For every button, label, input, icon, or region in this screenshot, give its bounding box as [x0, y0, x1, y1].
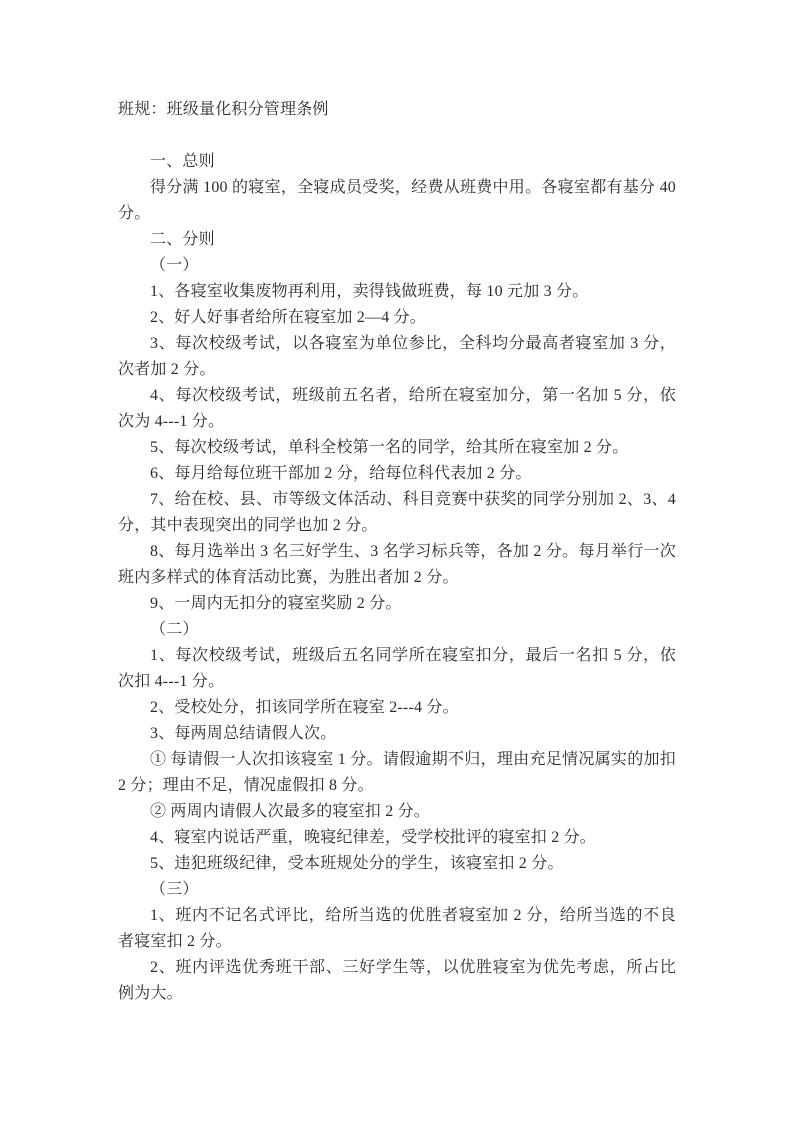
- rule-item: 8、每月选举出 3 名三好学生、3 名学习标兵等，各加 2 分。每月举行一次班内…: [118, 539, 676, 591]
- rule-item: 7、给在校、县、市等级文体活动、科目竞赛中获奖的同学分别加 2、3、4 分，其中…: [118, 487, 676, 539]
- rule-item: 3、每两周总结请假人次。: [118, 721, 676, 747]
- rule-item: 5、每次校级考试，单科全校第一名的同学，给其所在寝室加 2 分。: [118, 435, 676, 461]
- rule-item: 1、各寝室收集废物再利用，卖得钱做班费，每 10 元加 3 分。: [118, 279, 676, 305]
- rule-item: 1、班内不记名式评比，给所当选的优胜者寝室加 2 分，给所当选的不良者寝室扣 2…: [118, 903, 676, 955]
- rule-item: 2、好人好事者给所在寝室加 2—4 分。: [118, 305, 676, 331]
- rule-item: 3、每次校级考试，以各寝室为单位参比，全科均分最高者寝室加 3 分，次者加 2 …: [118, 331, 676, 383]
- rule-item: 4、每次校级考试，班级前五名者，给所在寝室加分，第一名加 5 分，依次为 4--…: [118, 383, 676, 435]
- blank-line: [118, 123, 676, 149]
- rule-item: 2、班内评选优秀班干部、三好学生等，以优胜寝室为优先考虑，所占比例为大。: [118, 955, 676, 1007]
- subsection-heading-3: （三）: [118, 877, 676, 903]
- document-body: 班规：班级量化积分管理条例 一、总则 得分满 100 的寝室，全寝成员受奖，经费…: [0, 0, 793, 1007]
- general-rule-paragraph: 得分满 100 的寝室，全寝成员受奖，经费从班费中用。各寝室都有基分 40 分。: [118, 175, 676, 227]
- sub-rule-item: ① 每请假一人次扣该寝室 1 分。请假逾期不归，理由充足情况属实的加扣 2 分；…: [118, 747, 676, 799]
- section-heading-detailed: 二、分则: [118, 227, 676, 253]
- document-page: 班规：班级量化积分管理条例 一、总则 得分满 100 的寝室，全寝成员受奖，经费…: [0, 0, 793, 1122]
- subsection-heading-1: （一）: [118, 253, 676, 279]
- rule-item: 1、每次校级考试，班级后五名同学所在寝室扣分，最后一名扣 5 分，依次扣 4--…: [118, 643, 676, 695]
- section-heading-general: 一、总则: [118, 149, 676, 175]
- rule-item: 5、违犯班级纪律，受本班规处分的学生，该寝室扣 2 分。: [118, 851, 676, 877]
- rule-item: 6、每月给每位班干部加 2 分，给每位科代表加 2 分。: [118, 461, 676, 487]
- rule-item: 4、寝室内说话严重，晚寝纪律差，受学校批评的寝室扣 2 分。: [118, 825, 676, 851]
- rule-item: 9、一周内无扣分的寝室奖励 2 分。: [118, 591, 676, 617]
- sub-rule-item: ② 两周内请假人次最多的寝室扣 2 分。: [118, 799, 676, 825]
- subsection-heading-2: （二）: [118, 617, 676, 643]
- rule-item: 2、受校处分，扣该同学所在寝室 2---4 分。: [118, 695, 676, 721]
- document-title: 班规：班级量化积分管理条例: [118, 97, 676, 123]
